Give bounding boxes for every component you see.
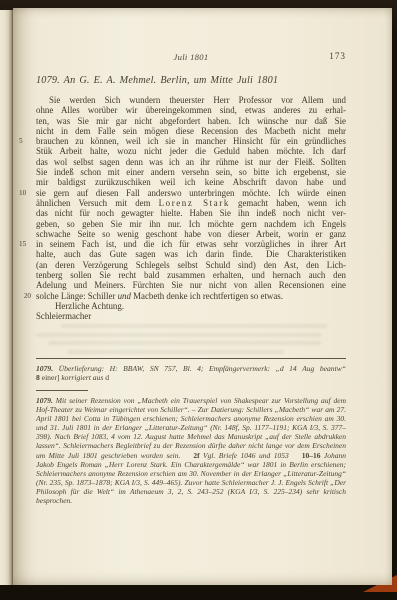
text-segment: geben, so geben Sie mir ihn nur. Ich möc… bbox=[36, 219, 346, 229]
line-number: 10 bbox=[19, 188, 31, 198]
book-page: Juli 1801 173 1079. An G. E. A. Mehmel. … bbox=[13, 8, 392, 585]
text-segment: halte, auch das Gute sagen was ich darin… bbox=[36, 249, 253, 259]
body-line: 5brauchen zu können, weil ich sie in man… bbox=[36, 136, 346, 146]
text-segment: ähnlichen Versuch mit dem bbox=[36, 198, 159, 208]
body-line: 10sie gern auf diesen Fall anderswo unte… bbox=[36, 188, 346, 198]
body-line: ten, was Sie mir gar nicht abgefordert h… bbox=[36, 116, 346, 126]
page-number: 173 bbox=[329, 51, 346, 61]
text-segment: mir baldigst zurükzuschiken weil ich kei… bbox=[36, 177, 346, 187]
text-segment: solche Länge: Schiller bbox=[36, 291, 118, 301]
body-line: geben, so geben Sie mir ihn nur. Ich möc… bbox=[36, 219, 346, 229]
line-number: 15 bbox=[19, 239, 31, 249]
text-segment: tenberg sollen Sie recht bald zusammen e… bbox=[36, 270, 346, 280]
apparatus-rule-long bbox=[36, 358, 346, 359]
text-segment: Sie werden Sich wundern theuerster Herr … bbox=[49, 95, 346, 105]
letter-body: Sie werden Sich wundern theuerster Herr … bbox=[36, 95, 346, 322]
body-line: nicht in dem Falle sein mögen diese Rece… bbox=[36, 126, 346, 136]
text-segment: schwache Seite so wenig geschont habe vo… bbox=[36, 229, 346, 239]
text-segment: Überlieferung: H: BBAW, SN 757, Bl. 4; E… bbox=[53, 364, 346, 373]
text-segment: Die Charakteristiken bbox=[266, 249, 346, 259]
body-line: (an deren Verzögerung Schlegels selbst S… bbox=[36, 260, 346, 270]
body-line: mir baldigst zurükzuschiken weil ich kei… bbox=[36, 177, 346, 187]
text-segment: korrigiert aus bbox=[61, 373, 103, 382]
running-head: Juli 1801 173 bbox=[36, 52, 346, 62]
letter-lines: Sie werden Sich wundern theuerster Herr … bbox=[36, 95, 346, 301]
body-line: tenberg sollen Sie recht bald zusammen e… bbox=[36, 270, 346, 280]
body-line: schwache Seite so wenig geschont habe vo… bbox=[36, 229, 346, 239]
body-line: 20solche Länge: Schiller und Macbeth den… bbox=[36, 291, 346, 301]
text-segment: nicht in dem Falle sein mögen diese Rece… bbox=[36, 126, 346, 136]
text-segment: (an deren Verzögerung Schlegels selbst S… bbox=[36, 260, 346, 270]
text-segment: Lorenz Stark bbox=[159, 198, 230, 208]
text-segment: Vgl. Briefe 1046 und 1053 bbox=[200, 451, 289, 460]
page-edges-gutter bbox=[0, 10, 14, 585]
body-line: Adelung und Meiners. Fürchten Sie nur ni… bbox=[36, 280, 346, 290]
letter-signature: Schleiermacher bbox=[36, 311, 346, 321]
text-segment: sie gern auf diesen Fall anderswo unterb… bbox=[36, 188, 346, 198]
body-line: das wol selbst sagen denn was ich an ihr… bbox=[36, 157, 346, 167]
apparatus-variants: 1079. Überlieferung: H: BBAW, SN 757, Bl… bbox=[36, 364, 346, 383]
text-segment: ohne Alles worüber wir übereingekommen s… bbox=[36, 105, 346, 115]
text-segment: Johann Jakob Engels Roman „Herr Lorenz S… bbox=[36, 451, 346, 505]
running-title: Juli 1801 bbox=[174, 52, 209, 62]
text-segment: 1079. bbox=[36, 396, 53, 405]
body-line: das nicht für noch gewagter hielte. Habe… bbox=[36, 208, 346, 218]
text-segment: ten, was Sie mir gar nicht abgefordert h… bbox=[36, 116, 346, 126]
text-segment: 1079. bbox=[36, 364, 53, 373]
book-photo: Juli 1801 173 1079. An G. E. A. Mehmel. … bbox=[0, 0, 397, 600]
apparatus-rule-short bbox=[36, 390, 88, 391]
body-line: halte, auch das Gute sagen was ich darin… bbox=[36, 249, 346, 259]
text-segment: brauchen zu können, weil ich sie in manc… bbox=[36, 136, 346, 146]
text-segment: Macbeth denke ich rechtfertigen so etwas… bbox=[131, 291, 283, 301]
letter-heading: 1079. An G. E. A. Mehmel. Berlin, um Mit… bbox=[36, 75, 346, 86]
text-segment: 10–16 bbox=[302, 451, 321, 460]
line-number: 5 bbox=[19, 136, 31, 146]
text-segment: d bbox=[103, 373, 109, 382]
text-segment: Mit seiner Rezension von „Macbeth ein Tr… bbox=[36, 396, 346, 460]
text-segment: Sie indeß schon mit einer andern versehn… bbox=[36, 167, 346, 177]
show-through-ghost bbox=[36, 324, 346, 360]
body-line: Sie indeß schon mit einer andern versehn… bbox=[36, 167, 346, 177]
line-number: 20 bbox=[19, 291, 31, 301]
text-segment: gemacht haben, wenn ich bbox=[230, 198, 346, 208]
letter-closing: Herzliche Achtung. bbox=[36, 301, 346, 311]
body-line: ohne Alles worüber wir übereingekommen s… bbox=[36, 105, 346, 115]
text-segment: und bbox=[118, 291, 131, 301]
text-segment: einer] bbox=[40, 373, 62, 382]
body-line: Stük Arbeit halte, wozu nicht jeder die … bbox=[36, 146, 346, 156]
body-line: ähnlichen Versuch mit dem Lorenz Stark g… bbox=[36, 198, 346, 208]
body-line: Sie werden Sich wundern theuerster Herr … bbox=[36, 95, 346, 105]
text-segment: Adelung und Meiners. Fürchten Sie nur ni… bbox=[36, 280, 346, 290]
apparatus-commentary: 1079. Mit seiner Rezension von „Macbeth … bbox=[36, 396, 346, 505]
text-segment: in seinem Fach ist, und die ich für etwa… bbox=[36, 239, 346, 249]
text-segment: das nicht für noch gewagter hielte. Habe… bbox=[36, 208, 346, 218]
body-line: 15in seinem Fach ist, und die ich für et… bbox=[36, 239, 346, 249]
text-segment: das wol selbst sagen denn was ich an ihr… bbox=[36, 157, 346, 167]
text-segment: Stük Arbeit halte, wozu nicht jeder die … bbox=[36, 146, 346, 156]
body-line: 8 einer] korrigiert aus d bbox=[36, 373, 346, 382]
body-line: 1079. Überlieferung: H: BBAW, SN 757, Bl… bbox=[36, 364, 346, 373]
